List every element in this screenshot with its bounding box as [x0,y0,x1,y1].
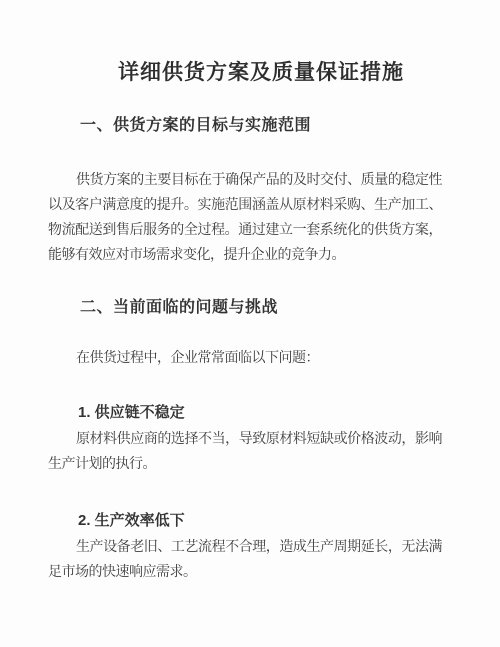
section-2-heading: 二、当前面临的问题与挑战 [48,296,442,320]
section-1-paragraph: 供货方案的主要目标在于确保产品的及时交付、质量的稳定性以及客户满意度的提升。实施… [48,168,442,268]
section-2-intro-paragraph: 在供货过程中，企业常常面临以下问题： [48,346,442,371]
document-title: 详细供货方案及质量保证措施 [64,58,458,88]
issue-2-paragraph: 生产设备老旧、工艺流程不合理，造成生产周期延长，无法满足市场的快速响应需求。 [48,535,442,585]
document-page: 详细供货方案及质量保证措施 一、供货方案的目标与实施范围 供货方案的主要目标在于… [48,0,490,585]
issue-1-subheading: 1. 供应链不稳定 [48,401,442,425]
issue-2-subheading: 2. 生产效率低下 [48,509,442,533]
section-1-heading: 一、供货方案的目标与实施范围 [48,114,442,138]
issue-1-paragraph: 原材料供应商的选择不当，导致原材料短缺或价格波动，影响生产计划的执行。 [48,427,442,477]
